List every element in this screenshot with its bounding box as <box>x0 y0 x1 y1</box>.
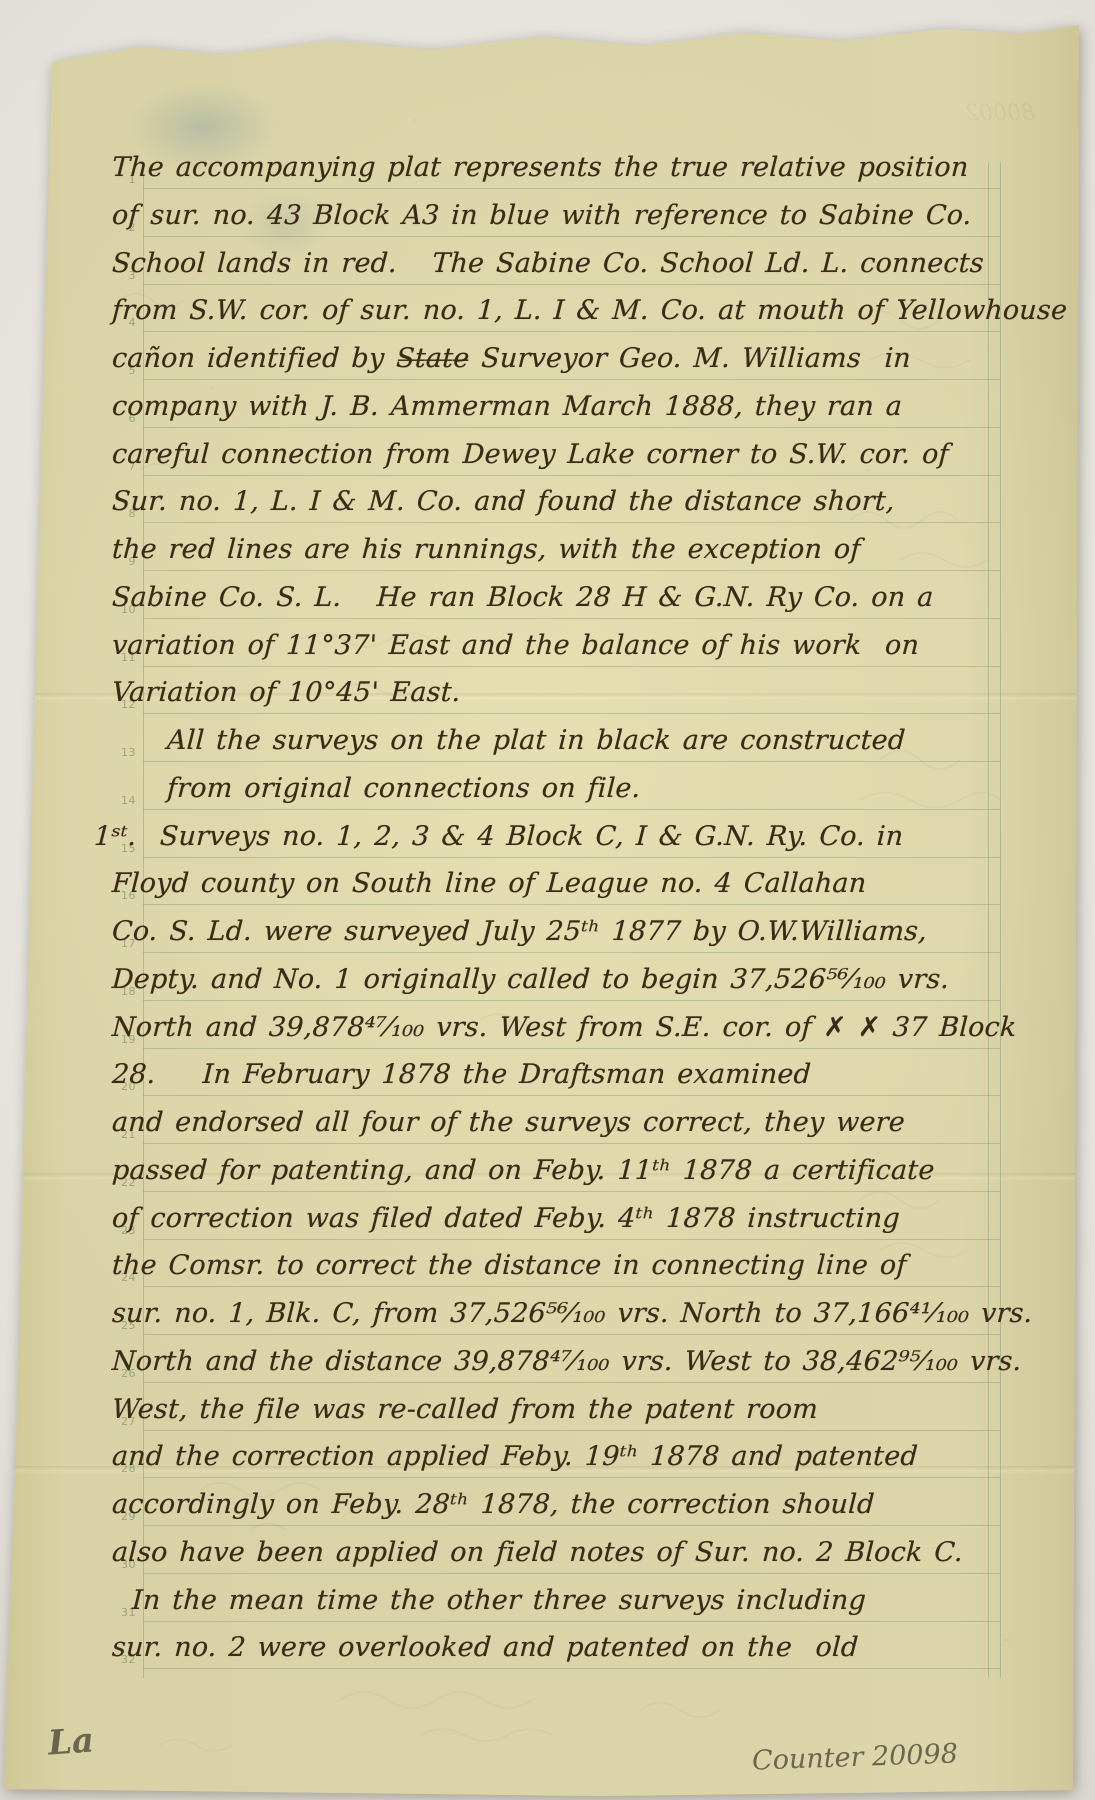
handwritten-line: 28. In February 1878 the Draftsman exami… <box>111 1051 813 1099</box>
handwritten-line: cañon identified by S̶t̶a̶t̶e̶ Surveyor … <box>111 335 912 383</box>
paper-shadow: 1234567891011121314151617181920212223242… <box>0 0 1095 1800</box>
handwritten-line: Co. S. Ld. were surveyed July 25ᵗʰ 1877 … <box>111 908 929 956</box>
line-number: 14 <box>96 794 136 807</box>
handwritten-line: West, the file was re-called from the pa… <box>111 1386 820 1434</box>
scanned-document: 1234567891011121314151617181920212223242… <box>0 0 1095 1800</box>
handwritten-line: North and the distance 39,878⁴⁷⁄₁₀₀ vrs.… <box>111 1338 1023 1386</box>
handwritten-line: variation of 11°37' East and the balance… <box>111 622 921 670</box>
corner-pencil-mark: La <box>47 1720 96 1763</box>
handwritten-line: from original connections on file. <box>166 765 642 813</box>
paper-sheet: 1234567891011121314151617181920212223242… <box>0 0 1095 1800</box>
line-number: 13 <box>96 746 136 759</box>
handwritten-line: Sur. no. 1, L. I & M. Co. and found the … <box>111 478 896 526</box>
handwritten-line: Depty. and No. 1 originally called to be… <box>111 956 951 1004</box>
handwritten-line: of sur. no. 43 Block A3 in blue with ref… <box>111 192 973 240</box>
handwritten-line: and endorsed all four of the surveys cor… <box>111 1099 907 1147</box>
handwritten-line: North and 39,878⁴⁷⁄₁₀₀ vrs. West from S.… <box>111 1004 1018 1052</box>
handwritten-line: All the surveys on the plat in black are… <box>166 717 907 765</box>
handwritten-line: and the correction applied Feby. 19ᵗʰ 18… <box>111 1433 919 1481</box>
handwritten-line: the red lines are his runnings, with the… <box>111 526 862 574</box>
handwritten-line: from S.W. cor. of sur. no. 1, L. I & M. … <box>111 287 1069 335</box>
handwritten-line: 1ˢᵗ. Surveys no. 1, 2, 3 & 4 Block C, I … <box>93 813 905 861</box>
handwritten-line: Floyd county on South line of League no.… <box>111 860 868 908</box>
handwritten-line: sur. no. 2 were overlooked and patented … <box>111 1624 860 1672</box>
handwritten-line: accordingly on Feby. 28ᵗʰ 1878, the corr… <box>111 1481 876 1529</box>
handwritten-line: Sabine Co. S. L. He ran Block 28 H & G.N… <box>111 574 935 622</box>
counter-number-label: Counter 20098 <box>752 1738 959 1776</box>
handwritten-line: the Comsr. to correct the distance in co… <box>111 1242 908 1290</box>
handwritten-line: company with J. B. Ammerman March 1888, … <box>111 383 904 431</box>
handwritten-line: The accompanying plat represents the tru… <box>111 144 970 192</box>
handwritten-line: sur. no. 1, Blk. C, from 37,526⁵⁶⁄₁₀₀ vr… <box>111 1290 1034 1338</box>
handwritten-line: also have been applied on field notes of… <box>111 1529 964 1577</box>
svg-text:80002: 80002 <box>965 101 1035 126</box>
handwritten-line: In the mean time the other three surveys… <box>131 1577 868 1625</box>
right-margin-rule <box>1000 162 1001 1678</box>
right-margin-rule <box>988 162 989 1678</box>
handwritten-line: passed for patenting, and on Feby. 11ᵗʰ … <box>111 1147 936 1195</box>
handwritten-line: Variation of 10°45' East. <box>111 669 462 717</box>
handwritten-line: careful connection from Dewey Lake corne… <box>111 431 950 479</box>
line-number: 31 <box>96 1606 136 1619</box>
handwritten-line: of correction was filed dated Feby. 4ᵗʰ … <box>111 1195 901 1243</box>
handwritten-line: School lands in red. The Sabine Co. Scho… <box>111 240 985 288</box>
